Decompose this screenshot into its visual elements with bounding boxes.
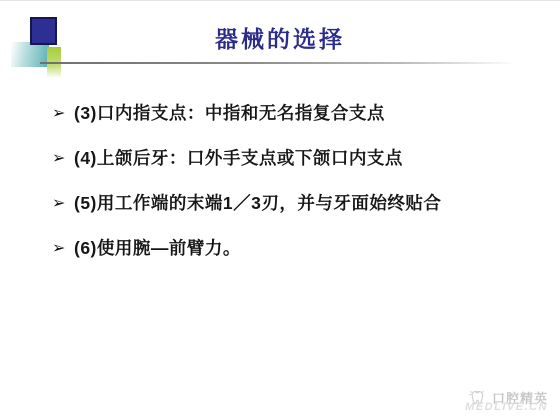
arrow-bullet-icon: ➢ bbox=[52, 239, 74, 259]
list-item: ➢ (6)使用腕—前臂力。 bbox=[52, 238, 542, 258]
title-underline bbox=[40, 62, 552, 64]
slide-title: 器械的选择 bbox=[0, 21, 560, 54]
arrow-bullet-icon: ➢ bbox=[52, 104, 74, 124]
bullet-text: (4)上颌后牙：口外手支点或下颌口内支点 bbox=[74, 148, 403, 168]
presentation-slide: 器械的选择 ➢ (3)口内指支点：中指和无名指复合支点 ➢ (4)上颌后牙：口外… bbox=[0, 0, 560, 420]
list-item: ➢ (4)上颌后牙：口外手支点或下颌口内支点 bbox=[52, 148, 542, 168]
list-item: ➢ (3)口内指支点：中指和无名指复合支点 bbox=[52, 103, 542, 123]
watermark: 口腔精英 MEDLIVE.CN bbox=[465, 388, 548, 413]
bullet-text: (6)使用腕—前臂力。 bbox=[74, 238, 241, 258]
watermark-site: MEDLIVE.CN bbox=[465, 401, 548, 413]
bullet-text: (5)用工作端的末端1／3刃，并与牙面始终贴合 bbox=[74, 193, 441, 213]
bullet-list: ➢ (3)口内指支点：中指和无名指复合支点 ➢ (4)上颌后牙：口外手支点或下颌… bbox=[52, 103, 542, 283]
bullet-text: (3)口内指支点：中指和无名指复合支点 bbox=[74, 103, 385, 123]
arrow-bullet-icon: ➢ bbox=[52, 149, 74, 169]
arrow-bullet-icon: ➢ bbox=[52, 194, 74, 214]
list-item: ➢ (5)用工作端的末端1／3刃，并与牙面始终贴合 bbox=[52, 193, 542, 213]
